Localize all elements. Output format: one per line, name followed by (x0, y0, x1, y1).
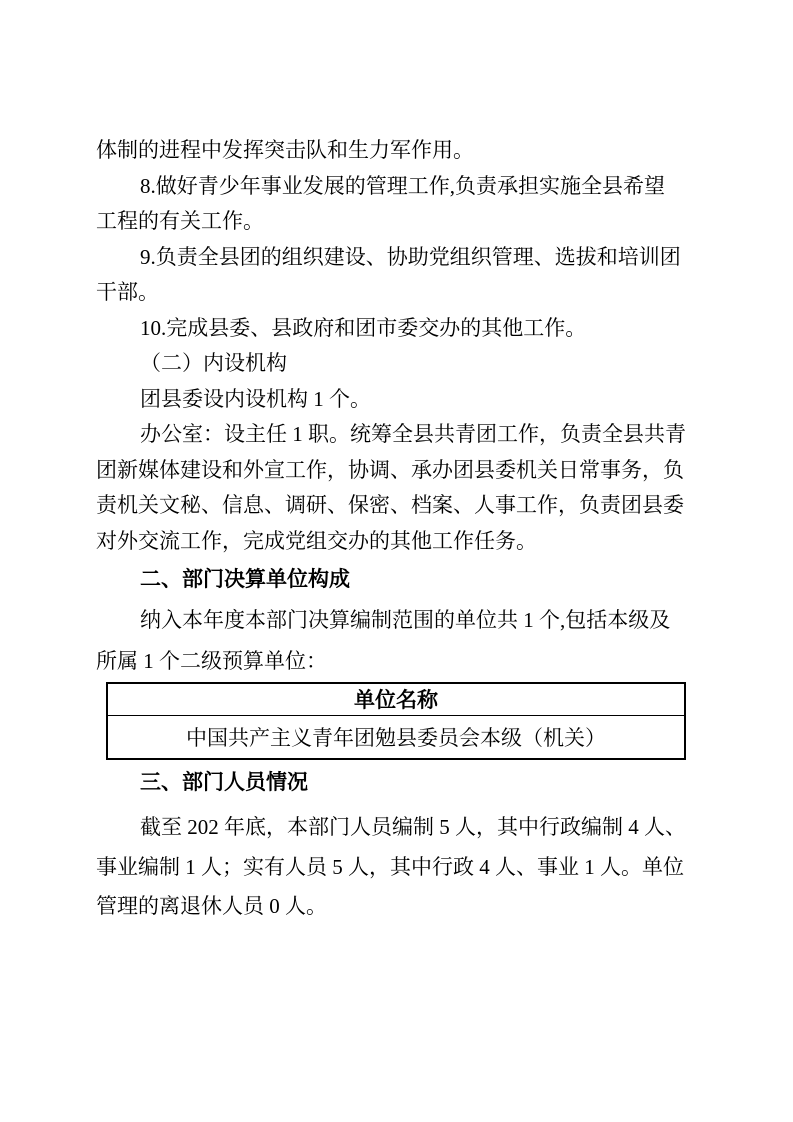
table-header-row: 单位名称 (107, 683, 685, 715)
table-row: 中国共产主义青年团勉县委员会本级（机关） (107, 715, 685, 759)
paragraph-office-duties: 办公室：设主任 1 职。统筹全县共青团工作，负责全县共青 团新媒体建设和外宣工作… (96, 417, 690, 559)
paragraph-unit-composition-intro: 纳入本年度本部门决算编制范围的单位共 1 个,包括本级及 所属 1 个二级预算单… (96, 600, 690, 682)
sub-heading-internal-organs: （二）内设机构 (96, 346, 690, 382)
document-page: 体制的进程中发挥突击队和生力军作用。 8.做好青少年事业发展的管理工作,负责承担… (0, 0, 793, 1122)
section-heading-unit-composition: 二、部门决算单位构成 (96, 559, 690, 600)
section-heading-personnel: 三、部门人员情况 (96, 762, 690, 803)
table-header-unit-name: 单位名称 (107, 683, 685, 715)
paragraph-internal-count: 团县委设内设机构 1 个。 (96, 382, 690, 418)
paragraph-personnel-status: 截至 202 年底，本部门人员编制 5 人，其中行政编制 4 人、 事业编制 1… (96, 808, 690, 927)
table-cell-unit-name: 中国共产主义青年团勉县委员会本级（机关） (107, 715, 685, 759)
paragraph-duty-9: 9.负责全县团的组织建设、协助党组织管理、选拔和培训团 干部。 (96, 240, 690, 311)
paragraph-duty-10: 10.完成县委、县政府和团市委交办的其他工作。 (96, 311, 690, 347)
paragraph-carryover: 体制的进程中发挥突击队和生力军作用。 (96, 133, 690, 169)
unit-name-table: 单位名称 中国共产主义青年团勉县委员会本级（机关） (106, 682, 686, 760)
paragraph-duty-8: 8.做好青少年事业发展的管理工作,负责承担实施全县希望 工程的有关工作。 (96, 169, 690, 240)
